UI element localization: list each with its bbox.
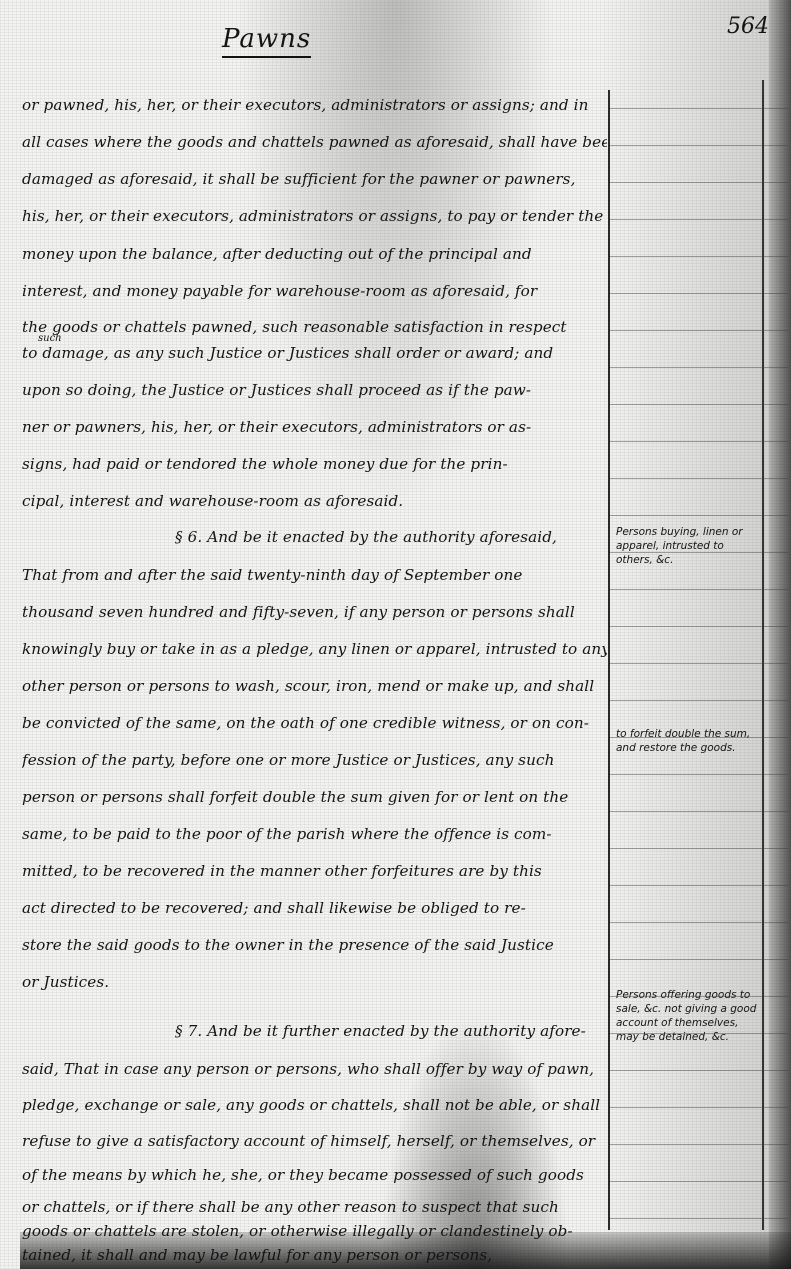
text-line: refuse to give a satisfactory account of…	[22, 1132, 607, 1150]
text-line: same, to be paid to the poor of the pari…	[22, 825, 607, 843]
ruled-line	[610, 1144, 788, 1145]
text-line: goods or chattels are stolen, or otherwi…	[22, 1222, 607, 1240]
ruled-line	[610, 737, 788, 738]
ruled-line	[610, 108, 788, 109]
text-line: his, her, or their executors, administra…	[22, 207, 607, 225]
text-line: to damage, as any such Justice or Justic…	[22, 344, 607, 362]
ruled-line	[610, 959, 788, 960]
text-line: damaged as aforesaid, it shall be suffic…	[22, 170, 607, 188]
interlinear-insertion: such	[38, 333, 62, 344]
ruled-line	[610, 404, 788, 405]
ruled-line	[610, 700, 788, 701]
text-line: act directed to be recovered; and shall …	[22, 899, 607, 917]
text-line: the goods or chattels pawned, such reaso…	[22, 318, 607, 336]
text-line: fession of the party, before one or more…	[22, 751, 607, 769]
text-line: upon so doing, the Justice or Justices s…	[22, 381, 607, 399]
text-line: of the means by which he, she, or they b…	[22, 1166, 607, 1184]
text-line: mitted, to be recovered in the manner ot…	[22, 862, 607, 880]
page-number: 564	[727, 14, 769, 39]
ruled-line	[610, 1033, 788, 1034]
paper-texture	[0, 0, 791, 1269]
ruled-line	[610, 145, 788, 146]
ruled-line	[610, 1181, 788, 1182]
text-line: tained, it shall and may be lawful for a…	[22, 1246, 607, 1264]
text-line: ner or pawners, his, her, or their execu…	[22, 418, 607, 436]
text-line: be convicted of the same, on the oath of…	[22, 714, 607, 732]
ruled-line	[610, 1107, 788, 1108]
text-line: signs, had paid or tendored the whole mo…	[22, 455, 607, 473]
text-line: pledge, exchange or sale, any goods or c…	[22, 1096, 607, 1114]
ruled-line	[610, 626, 788, 627]
manuscript-page: 564 Pawns or pawned, his, her, or their …	[0, 0, 791, 1269]
text-line: That from and after the said twenty-nint…	[22, 566, 607, 584]
ruled-line	[610, 478, 788, 479]
page-edge-shadow	[769, 0, 791, 1269]
text-line: store the said goods to the owner in the…	[22, 936, 607, 954]
ruled-line	[610, 552, 788, 553]
ruled-line	[610, 885, 788, 886]
ruled-line	[610, 1218, 788, 1219]
ruled-line	[610, 293, 788, 294]
text-line: knowingly buy or take in as a pledge, an…	[22, 640, 607, 658]
ruled-line	[610, 367, 788, 368]
ruled-line	[610, 848, 788, 849]
section-7-heading: § 7. And be it further enacted by the au…	[175, 1022, 607, 1040]
margin-note: to forfeit double the sum, and restore t…	[616, 727, 758, 755]
ruled-line	[610, 996, 788, 997]
ruled-line	[610, 441, 788, 442]
text-line: interest, and money payable for warehous…	[22, 282, 607, 300]
text-line: or chattels, or if there shall be any ot…	[22, 1198, 607, 1216]
ruled-line	[610, 589, 788, 590]
text-line: said, That in case any person or persons…	[22, 1060, 607, 1078]
margin-note: Persons buying, linen or apparel, intrus…	[616, 525, 758, 567]
ruled-line	[610, 1070, 788, 1071]
ruled-line	[610, 219, 788, 220]
ruled-line	[610, 922, 788, 923]
ruled-line	[610, 256, 788, 257]
text-line: cipal, interest and warehouse-room as af…	[22, 492, 607, 510]
text-line: or Justices.	[22, 973, 607, 991]
ruled-line	[610, 330, 788, 331]
text-line: other person or persons to wash, scour, …	[22, 677, 607, 695]
page-title: Pawns	[222, 24, 311, 58]
ruled-line	[610, 663, 788, 664]
margin-rule	[608, 90, 610, 1230]
text-line: person or persons shall forfeit double t…	[22, 788, 607, 806]
ruled-line	[610, 811, 788, 812]
ruled-line	[610, 774, 788, 775]
section-6-heading: § 6. And be it enacted by the authority …	[175, 528, 607, 546]
right-margin-rule	[762, 80, 764, 1230]
text-line: or pawned, his, her, or their executors,…	[22, 96, 607, 114]
ruled-line	[610, 515, 788, 516]
text-line: money upon the balance, after deducting …	[22, 245, 607, 263]
text-line: all cases where the goods and chattels p…	[22, 133, 607, 151]
ruled-line	[610, 182, 788, 183]
text-line: thousand seven hundred and fifty-seven, …	[22, 603, 607, 621]
